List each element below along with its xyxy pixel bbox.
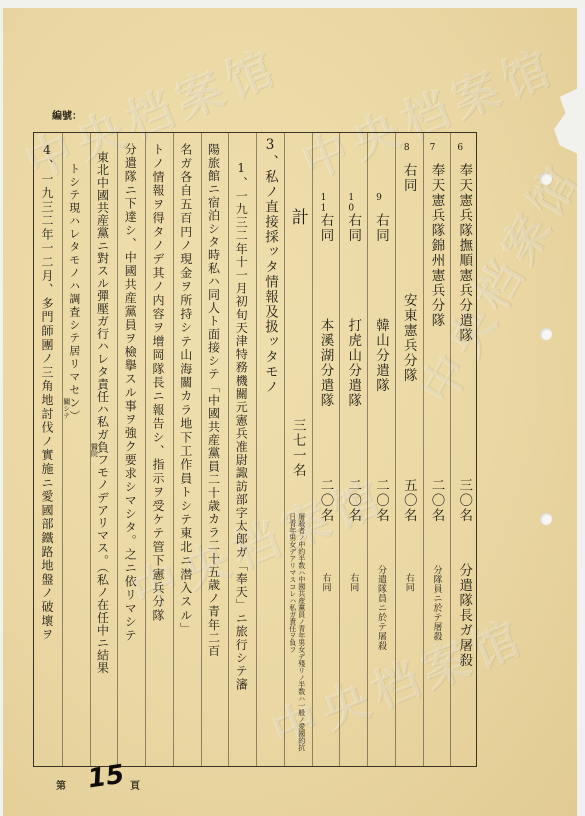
entry-7-unit: 奉天憲兵隊錦州憲兵分隊 [423, 163, 450, 328]
entry-10-prefix: 右同 [339, 213, 366, 243]
total-note: 屠殺者ノ中約半数ハ中國共産黨員ノ青年男女デ殘リノ半数ハ一般ノ愛國的抗日青年男女デ… [288, 513, 306, 753]
entry-8-unit: 安東憲兵分隊 [395, 293, 422, 383]
entry-7-count: 二〇名 [423, 478, 450, 523]
item-1-line-4: トノ情報ヲ得タノデ其ノ内容ヲ增岡隊長ニ報告シ、指示ヲ受ケテ管下憲兵分隊 [145, 133, 173, 766]
entry-6-remark: 分遣隊長ガ屠殺 [450, 563, 477, 668]
entry-11-prefix: 右同 [312, 213, 339, 243]
entry-11-number: 11 [318, 193, 330, 214]
entry-8-number: 8 [401, 143, 413, 154]
entry-11-count: 二〇名 [312, 478, 339, 523]
entry-11: 11 右同 本溪湖分遣隊 二〇名 右同 [312, 133, 340, 766]
total-label: 計 [284, 208, 311, 227]
entry-10-count: 二〇名 [339, 478, 366, 523]
entry-11-remark: 右同 [320, 573, 332, 592]
page-label: 第 [56, 777, 66, 792]
entry-8-count: 五〇名 [395, 478, 422, 523]
entry-7-number: 7 [427, 143, 439, 154]
manuscript-grid: 6 奉天憲兵隊撫順憲兵分遣隊 三〇名 分遣隊長ガ屠殺 7 奉天憲兵隊錦州憲兵分隊… [33, 132, 477, 767]
annotation-correction: 關シテ [62, 398, 71, 419]
entry-9-remark: 分遣隊員ニ於テ屠殺 [375, 565, 387, 651]
punch-hole-middle [540, 328, 552, 340]
entry-8: 8 右同 安東憲兵分隊 五〇名 右同 [395, 133, 423, 766]
item-4-line: 4、一九三二年一二月、多門師團ノ三角地討伐ノ實施ニ愛國部鐵路地盤ノ破壞ヲ [34, 133, 62, 766]
entry-6-number: 6 [454, 143, 466, 154]
entry-9-unit: 韓山分遣隊 [367, 318, 394, 393]
page-suffix: 頁 [130, 777, 140, 792]
entry-6-unit: 奉天憲兵隊撫順憲兵分遣隊 [450, 163, 477, 343]
entry-6: 6 奉天憲兵隊撫順憲兵分遣隊 三〇名 分遣隊長ガ屠殺 [450, 133, 478, 766]
entry-9-count: 二〇名 [367, 478, 394, 523]
entry-10-unit: 打虎山分遣隊 [339, 318, 366, 408]
item-1-line-7: トシテ現ハレタモノハ調査シテ居リマセン） 關シテ [62, 133, 90, 766]
entry-7: 7 奉天憲兵隊錦州憲兵分隊 二〇名 分隊員ニ於テ屠殺 [423, 133, 451, 766]
page-number: 15 [86, 760, 126, 795]
item-1-line-1: 1、一九三二年十一月初旬天津特務機關元憲兵准尉諏訪部字太郎ガ「奉天」ニ旅行シテ瀋 [228, 133, 256, 766]
punch-hole-lower [540, 513, 552, 525]
entry-9-prefix: 右同 [367, 213, 394, 243]
entry-11-unit: 本溪湖分遣隊 [312, 318, 339, 408]
entry-9-number: 9 [373, 193, 385, 204]
section-3-heading: 3、私ノ直接採ッタ情報及扱ッタモノ [256, 133, 284, 766]
total-column: 計 三七一名 屠殺者ノ中約半数ハ中國共産黨員ノ青年男女デ殘リノ半数ハ一般ノ愛國的… [284, 133, 312, 766]
entry-8-prefix: 右同 [395, 163, 422, 193]
total-count: 三七一名 [284, 418, 311, 478]
entry-9: 9 右同 韓山分遣隊 二〇名 分遣隊員ニ於テ屠殺 [367, 133, 395, 766]
entry-6-count: 三〇名 [450, 478, 477, 523]
entry-7-remark: 分隊員ニ於テ屠殺 [431, 565, 443, 641]
item-1-line-2: 陽旅館ニ宿泊シタ時私ハ同人ト面接シテ「中國共産黨員二十歳カラ二十五歳ノ青年二百 [201, 133, 229, 766]
punch-hole-top [540, 173, 552, 185]
entry-10-number: 10 [345, 193, 357, 214]
entry-10-remark: 右同 [347, 573, 359, 592]
document-number-label: 編號： [52, 107, 82, 122]
item-1-line-6: 東北中國共産黨ニ對スル彈壓ガ行ハレタ責任ハ私ガ負フモノデアリマス。（私ノ在任中ニ… [90, 133, 118, 766]
item-1-line-5: 分遣隊ニ下達シ、中國共産黨員ヲ檢擧スル事ヲ強ク要求シマシタ。之ニ依リマシテ [117, 133, 145, 766]
annotation-small: 醫院 [90, 443, 99, 457]
entry-10: 10 右同 打虎山分遣隊 二〇名 右同 [339, 133, 367, 766]
item-1-line-3: 名ガ各自五百円ノ現金ヲ所持シテ山海關カラ地下工作員トシテ東北ニ潜入スル」 [173, 133, 201, 766]
section-3-heading-text: 3、私ノ直接採ッタ情報及扱ッタモノ [256, 137, 283, 395]
entry-8-remark: 右同 [403, 573, 415, 592]
